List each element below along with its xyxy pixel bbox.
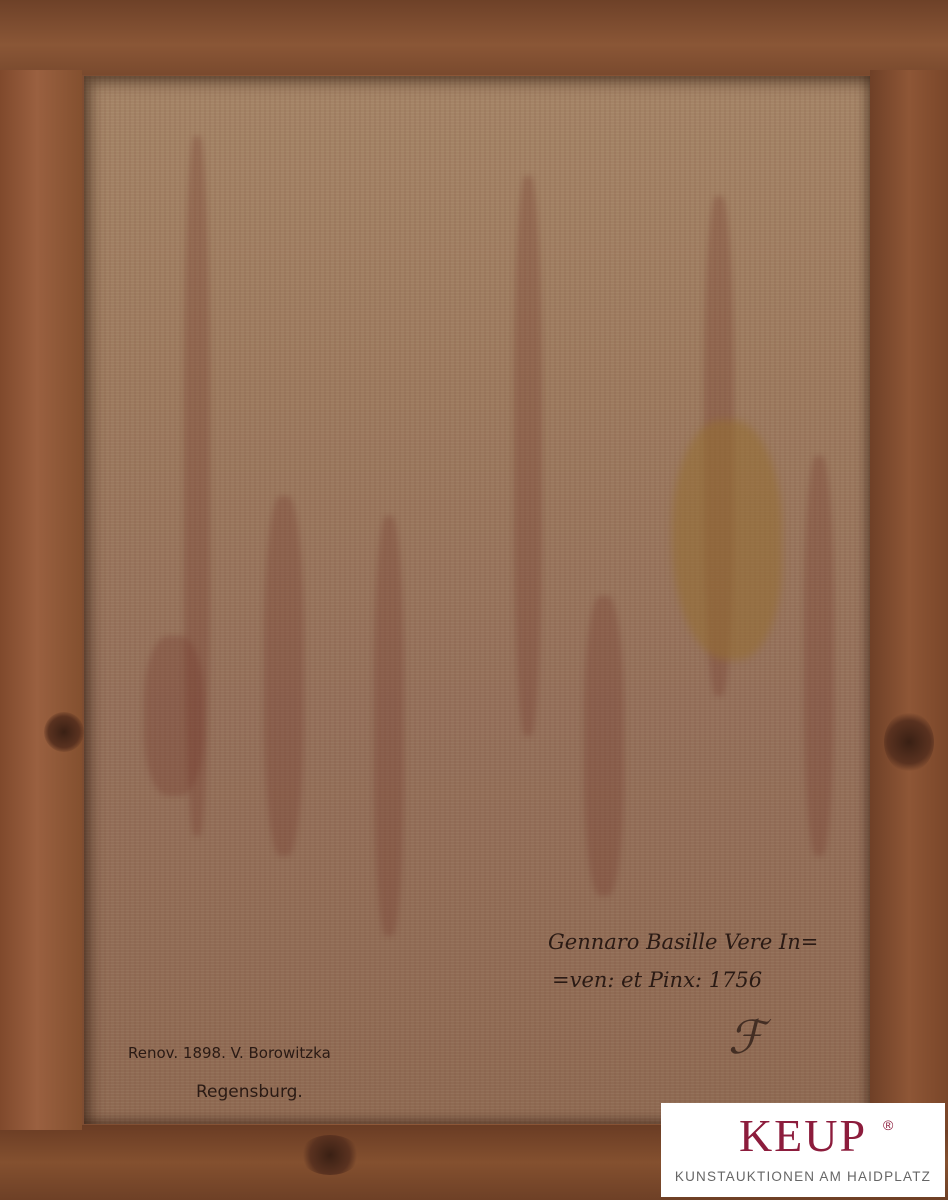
monogram-flourish: ℱ (728, 1010, 764, 1064)
stretcher-right-bar (870, 70, 948, 1130)
brand-name: KEUP (661, 1113, 945, 1159)
stretcher-left-bar (0, 70, 82, 1130)
wood-knot (884, 712, 934, 772)
stain-streak (804, 456, 834, 856)
artist-inscription-text: =ven: et Pinx: (552, 968, 702, 992)
wood-knot (44, 712, 84, 752)
stain-streak (144, 636, 204, 796)
artist-inscription-line-2: =ven: et Pinx: 1756 (552, 968, 762, 992)
stretcher-top-bar (0, 0, 948, 75)
restoration-inscription: Renov. 1898. V. Borowitzka (128, 1044, 331, 1062)
brand-tagline: KUNSTAUKTIONEN AM HAIDPLATZ (661, 1169, 945, 1184)
photo: Gennaro Basille Vere In= =ven: et Pinx: … (0, 0, 948, 1200)
registered-mark: ® (883, 1117, 893, 1133)
artist-inscription-line-1: Gennaro Basille Vere In= (548, 930, 818, 954)
stain-streak (514, 176, 542, 736)
inscription-year: 1756 (709, 968, 762, 992)
restoration-city: Regensburg. (196, 1082, 303, 1102)
wood-knot (300, 1135, 360, 1175)
stain-streak (584, 596, 624, 896)
auction-house-watermark: KEUP ® KUNSTAUKTIONEN AM HAIDPLATZ (661, 1103, 945, 1197)
stain-streak (374, 516, 404, 936)
water-stain (672, 420, 782, 660)
stain-streak (264, 496, 304, 856)
